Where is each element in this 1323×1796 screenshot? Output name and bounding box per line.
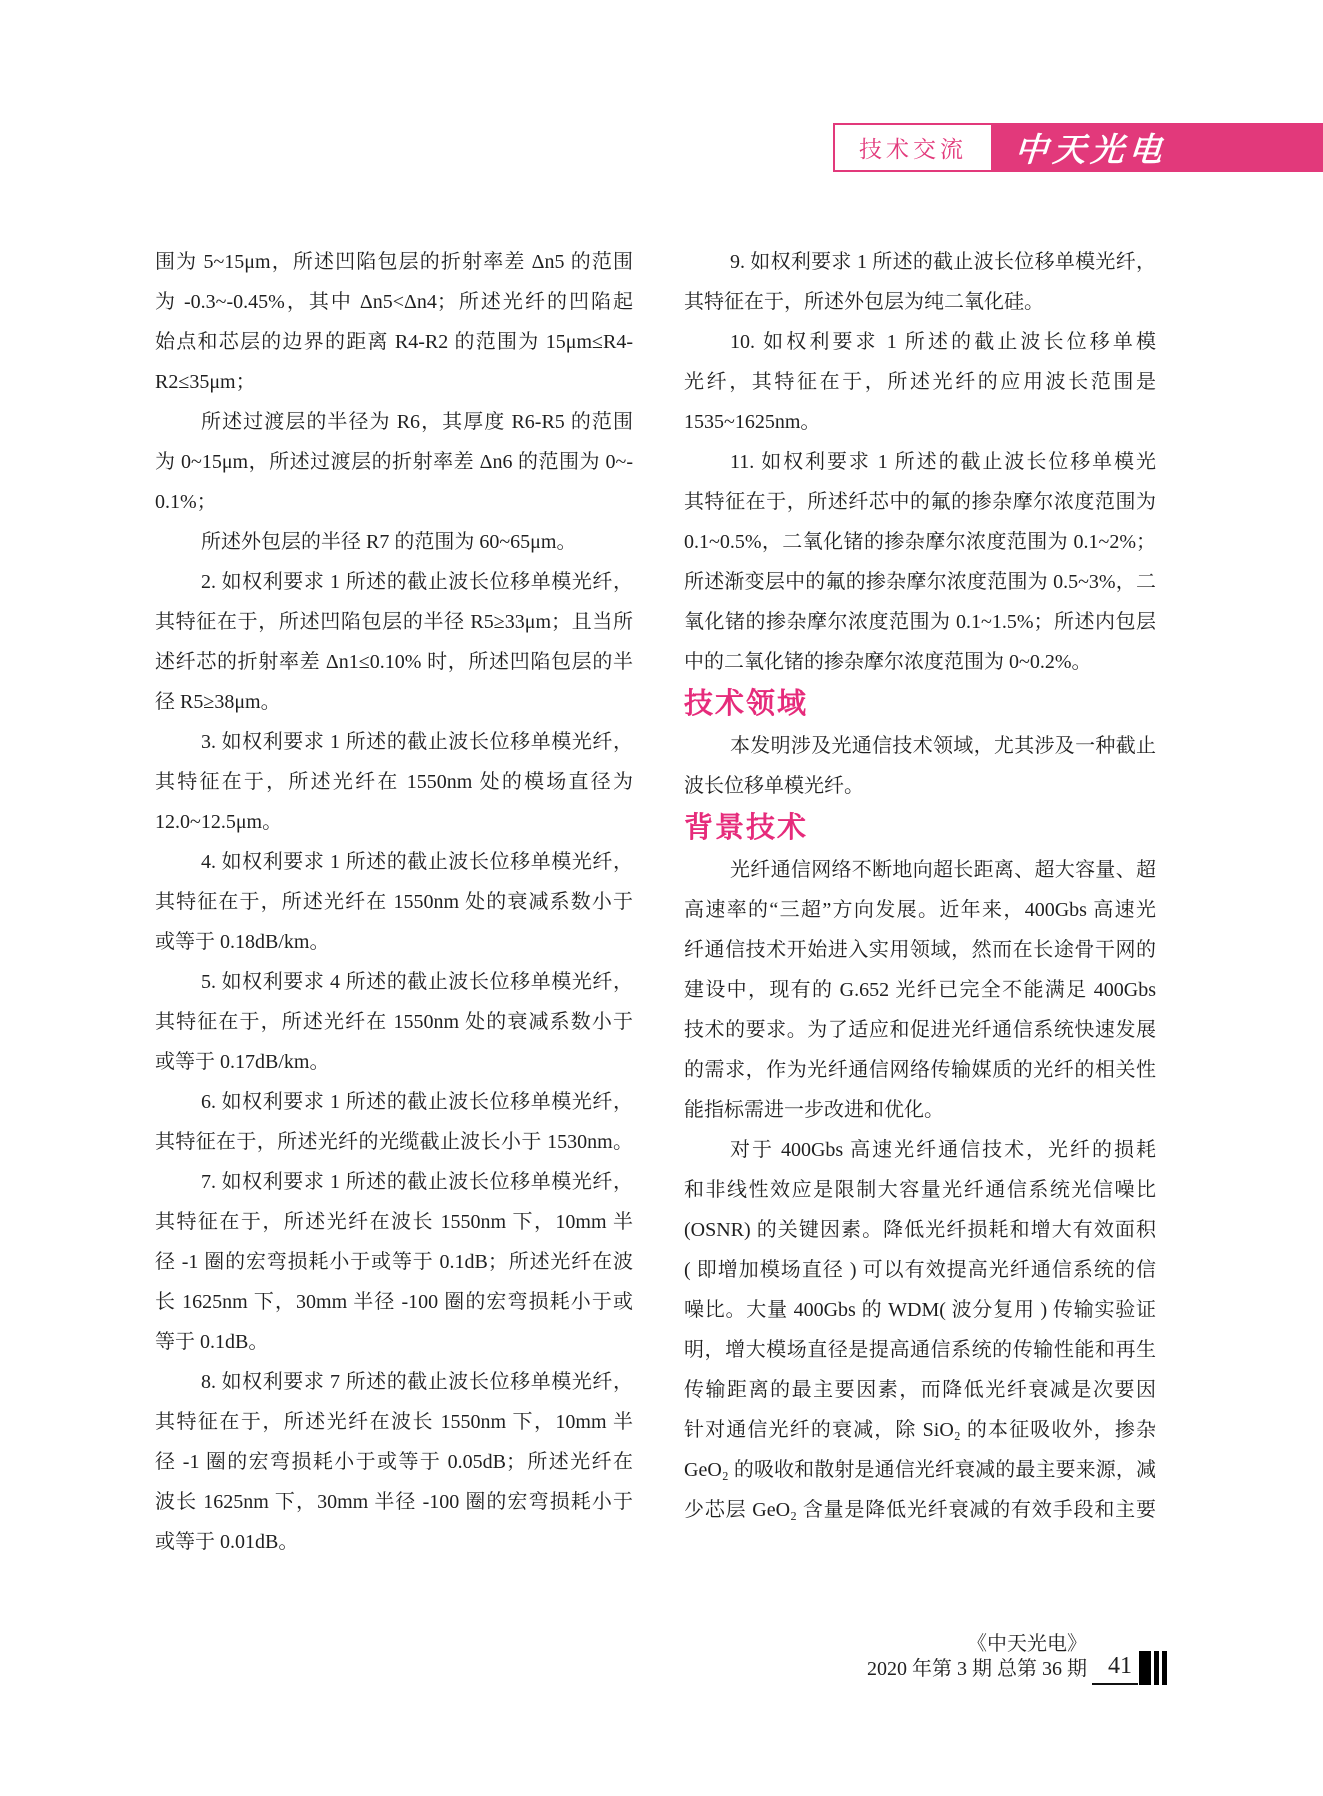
text-line: 波长位移单模光纤。 — [684, 766, 1156, 806]
text-line: 高速率的“三超”方向发展。近年来，400Gbs 高速光 — [684, 890, 1156, 930]
text-line: 8. 如权利要求 7 所述的截止波长位移单模光纤， — [155, 1362, 633, 1402]
text-line: 其特征在于，所述外包层为纯二氧化硅。 — [684, 282, 1156, 322]
text-line: (OSNR) 的关键因素。降低光纤损耗和增大有效面积 — [684, 1210, 1156, 1250]
text-line: 其特征在于，所述光纤在波长 1550nm 下，10mm 半 — [155, 1402, 633, 1442]
text-line: 其特征在于，所述纤芯中的氟的掺杂摩尔浓度范围为 — [684, 482, 1156, 522]
text-line: 纤通信技术开始进入实用领域，然而在长途骨干网的 — [684, 930, 1156, 970]
text-line: 11. 如权利要求 1 所述的截止波长位移单模光纤， — [684, 442, 1156, 482]
text-line: 4. 如权利要求 1 所述的截止波长位移单模光纤， — [155, 842, 633, 882]
text-line: 3. 如权利要求 1 所述的截止波长位移单模光纤， — [155, 722, 633, 762]
section-tag-label: 技术交流 — [859, 131, 967, 164]
text-line: 围为 5~15μm，所述凹陷包层的折射率差 Δn5 的范围 — [155, 242, 633, 282]
text-line: ( 即增加模场直径 ) 可以有效提高光纤通信系统的信 — [684, 1250, 1156, 1290]
text-line: 0.1~0.5%，二氧化锗的掺杂摩尔浓度范围为 0.1~2%； — [684, 522, 1156, 562]
text-line: 1535~1625nm。 — [684, 402, 1156, 442]
text-line: 7. 如权利要求 1 所述的截止波长位移单模光纤， — [155, 1162, 633, 1202]
text-line: 2. 如权利要求 1 所述的截止波长位移单模光纤， — [155, 562, 633, 602]
left-column: 围为 5~15μm，所述凹陷包层的折射率差 Δn5 的范围为 -0.3~-0.4… — [155, 242, 633, 1562]
header-band: 技术交流 中天光电 — [833, 123, 1323, 172]
text-line: 波长 1625nm 下，30mm 半径 -100 圈的宏弯损耗小于 — [155, 1482, 633, 1522]
text-line: 或等于 0.17dB/km。 — [155, 1042, 633, 1082]
text-line: 径 R5≥38μm。 — [155, 682, 633, 722]
footer-text: 《中天光电》 2020 年第 3 期 总第 36 期 — [867, 1632, 1087, 1685]
text-line: 对于 400Gbs 高速光纤通信技术，光纤的损耗 — [684, 1130, 1156, 1170]
text-line: 12.0~12.5μm。 — [155, 802, 633, 842]
text-line: 为 -0.3~-0.45%，其中 Δn5<Δn4；所述光纤的凹陷起 — [155, 282, 633, 322]
text-line: 所述渐变层中的氟的掺杂摩尔浓度范围为 0.5~3%，二 — [684, 562, 1156, 602]
text-line: 明，增大模场直径是提高通信系统的传输性能和再生 — [684, 1330, 1156, 1370]
bar — [1139, 1651, 1151, 1685]
bar — [1154, 1651, 1159, 1685]
text-line: 述纤芯的折射率差 Δn1≤0.10% 时，所述凹陷包层的半 — [155, 642, 633, 682]
text-line: 9. 如权利要求 1 所述的截止波长位移单模光纤， — [684, 242, 1156, 282]
text-line: 所述过渡层的半径为 R6，其厚度 R6-R5 的范围 — [155, 402, 633, 442]
text-line: 其特征在于，所述光纤在 1550nm 处的模场直径为 — [155, 762, 633, 802]
text-line: 能指标需进一步改进和优化。 — [684, 1090, 1156, 1130]
text-line: 其特征在于，所述光纤在 1550nm 处的衰减系数小于 — [155, 1002, 633, 1042]
journal-name: 《中天光电》 — [867, 1632, 1087, 1657]
text-line: 为 0~15μm，所述过渡层的折射率差 Δn6 的范围为 0~- — [155, 442, 633, 482]
text-line: 本发明涉及光通信技术领域，尤其涉及一种截止 — [684, 726, 1156, 766]
text-line: 6. 如权利要求 1 所述的截止波长位移单模光纤， — [155, 1082, 633, 1122]
text-line: 10. 如权利要求 1 所述的截止波长位移单模 — [684, 322, 1156, 362]
text-line: GeO₂ 的吸收和散射是通信光纤衰减的最主要来源，减 — [684, 1450, 1156, 1490]
text-line: 和非线性效应是限制大容量光纤通信系统光信噪比 — [684, 1170, 1156, 1210]
text-line: 径 -1 圈的宏弯损耗小于或等于 0.1dB；所述光纤在波 — [155, 1242, 633, 1282]
footer: 《中天光电》 2020 年第 3 期 总第 36 期 41 — [867, 1632, 1167, 1685]
text-line: R2≤35μm； — [155, 362, 633, 402]
text-line: 其特征在于，所述凹陷包层的半径 R5≥33μm；且当所 — [155, 602, 633, 642]
section-tag: 技术交流 — [833, 123, 993, 172]
text-line: 始点和芯层的边界的距离 R4-R2 的范围为 15μm≤R4- — [155, 322, 633, 362]
text-line: 或等于 0.01dB。 — [155, 1522, 633, 1562]
section-heading: 技术领域 — [684, 682, 1156, 726]
text-line: 氧化锗的掺杂摩尔浓度范围为 0.1~1.5%；所述内包层 — [684, 602, 1156, 642]
text-line: 径 -1 圈的宏弯损耗小于或等于 0.05dB；所述光纤在 — [155, 1442, 633, 1482]
text-line: 噪比。大量 400Gbs 的 WDM( 波分复用 ) 传输实验证 — [684, 1290, 1156, 1330]
text-line: 其特征在于，所述光纤在 1550nm 处的衰减系数小于 — [155, 882, 633, 922]
text-line: 长 1625nm 下，30mm 半径 -100 圈的宏弯损耗小于或 — [155, 1282, 633, 1322]
right-column: 9. 如权利要求 1 所述的截止波长位移单模光纤，其特征在于，所述外包层为纯二氧… — [684, 242, 1156, 1530]
text-line: 等于 0.1dB。 — [155, 1322, 633, 1362]
text-line: 的需求，作为光纤通信网络传输媒质的光纤的相关性 — [684, 1050, 1156, 1090]
text-line: 所述外包层的半径 R7 的范围为 60~65μm。 — [155, 522, 633, 562]
text-line: 或等于 0.18dB/km。 — [155, 922, 633, 962]
text-line: 光纤通信网络不断地向超长距离、超大容量、超 — [684, 850, 1156, 890]
text-line: 技术的要求。为了适应和促进光纤通信系统快速发展 — [684, 1010, 1156, 1050]
text-line: 光纤，其特征在于，所述光纤的应用波长范围是 — [684, 362, 1156, 402]
text-line: 建设中，现有的 G.652 光纤已完全不能满足 400Gbs — [684, 970, 1156, 1010]
section-heading: 背景技术 — [684, 806, 1156, 850]
text-line: 中的二氧化锗的掺杂摩尔浓度范围为 0~0.2%。 — [684, 642, 1156, 682]
page-number: 41 — [1092, 1653, 1138, 1685]
text-line: 针对通信光纤的衰减，除 SiO₂ 的本征吸收外，掺杂 — [684, 1410, 1156, 1450]
brand-logo: 中天光电 — [1013, 124, 1168, 171]
issue-line: 2020 年第 3 期 总第 36 期 — [867, 1657, 1087, 1682]
text-line: 其特征在于，所述光纤在波长 1550nm 下，10mm 半 — [155, 1202, 633, 1242]
page-root: { "colors":{ "accent":"#e2397b", "headin… — [0, 0, 1323, 1796]
text-line: 0.1%； — [155, 482, 633, 522]
text-line: 少芯层 GeO₂ 含量是降低光纤衰减的有效手段和主要 — [684, 1490, 1156, 1530]
text-line: 传输距离的最主要因素，而降低光纤衰减是次要因素。 — [684, 1370, 1156, 1410]
text-line: 其特征在于，所述光纤的光缆截止波长小于 1530nm。 — [155, 1122, 633, 1162]
text-line: 5. 如权利要求 4 所述的截止波长位移单模光纤， — [155, 962, 633, 1002]
page-bars — [1139, 1651, 1167, 1685]
brand-band: 中天光电 — [993, 123, 1323, 172]
bar — [1162, 1651, 1167, 1685]
